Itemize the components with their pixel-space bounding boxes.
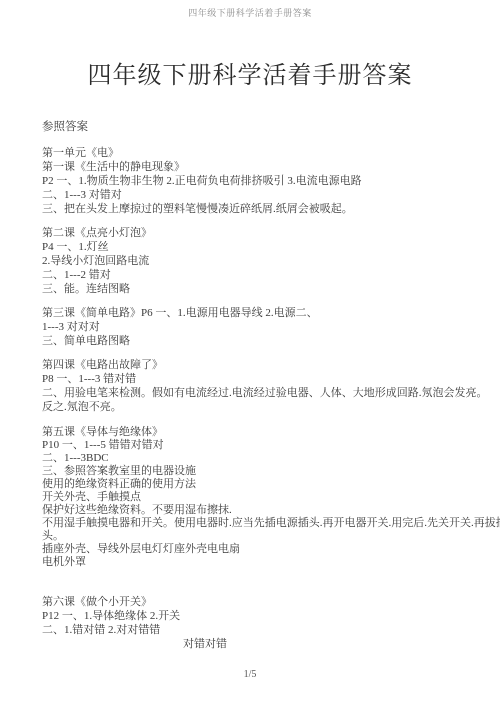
doc-line: 第五课《导体与绝缘体》	[42, 426, 484, 439]
doc-line: 第六课《做个小开关》	[42, 595, 484, 609]
doc-line: P12 一、1.导体绝缘体 2.开关	[42, 609, 484, 623]
doc-line: 电机外罩	[42, 556, 484, 569]
section-lesson5: 第五课《导体与绝缘体》 P10 一、1---5 错错对错对 二、1---3BDC…	[42, 426, 484, 569]
doc-line: 对错对错	[42, 637, 484, 651]
doc-line: P10 一、1---5 错错对错对	[42, 439, 484, 452]
section-lesson6: 第六课《做个小开关》 P12 一、1.导体绝缘体 2.开关 二、1.错对错 2.…	[42, 595, 484, 651]
page-title: 四年级下册科学活着手册答案	[0, 55, 500, 90]
doc-line: 三、参照答案教室里的电器设施	[42, 465, 484, 478]
doc-line: 二、1---3BDC	[42, 452, 484, 465]
document-page: 四年级下册科学活着手册答案 四年级下册科学活着手册答案 参照答案 第一单元《电》…	[0, 0, 500, 708]
doc-line: 反之.氖泡不亮。	[42, 400, 484, 414]
page-number: 1/5	[0, 669, 500, 680]
section-unit1-lesson1: 第一单元《电》 第一课《生活中的静电现象》 P2 一、1.物质生物非生物 2.正…	[42, 146, 484, 216]
section-lesson4: 第四课《电路出故障了》 P8 一、1---3 错对错 二、用验电笔来检测。假如有…	[42, 358, 484, 414]
doc-line: 使用的绝缘资料正确的使用方法	[42, 478, 484, 491]
intro-heading: 参照答案	[42, 120, 484, 134]
running-header: 四年级下册科学活着手册答案	[0, 0, 500, 19]
doc-line: 不用湿手触摸电器和开关。使用电器时.应当先插电源插头.再开电器开关.用完后.先关…	[42, 517, 484, 530]
doc-line: P2 一、1.物质生物非生物 2.正电荷负电荷排挤吸引 3.电流电源电路	[42, 174, 484, 188]
doc-line: 头。	[42, 530, 484, 543]
doc-line: 二、1---3 对错对	[42, 188, 484, 202]
doc-body: 参照答案 第一单元《电》 第一课《生活中的静电现象》 P2 一、1.物质生物非生…	[0, 120, 500, 651]
doc-line: 三、把在头发上摩掠过的塑料笔慢慢凑近碎纸屑.纸屑会被吸起。	[42, 202, 484, 216]
doc-line: 二、1---2 错对	[42, 268, 484, 282]
section-lesson2: 第二课《点亮小灯泡》 P4 一、1.灯丝 2.导线小灯泡回路电流 二、1---2…	[42, 226, 484, 296]
doc-line: 三、简单电路图略	[42, 334, 484, 348]
doc-line: 1---3 对对对	[42, 320, 484, 334]
doc-line: 插座外壳、导线外层电灯灯座外壳电电扇	[42, 543, 484, 556]
doc-line: 第一单元《电》	[42, 146, 484, 160]
doc-line: 第二课《点亮小灯泡》	[42, 226, 484, 240]
doc-line: 第一课《生活中的静电现象》	[42, 160, 484, 174]
doc-line: P8 一、1---3 错对错	[42, 372, 484, 386]
doc-line: 三、能。连结图略	[42, 282, 484, 296]
doc-line: 二、用验电笔来检测。假如有电流经过.电流经过验电器、人体、大地形成回路.氖泡会发…	[42, 386, 484, 400]
doc-line: 第三课《简单电路》P6 一、1.电源用电器导线 2.电源二、	[42, 306, 484, 320]
doc-line: 保护好这些绝缘资料。不要用湿布擦抹.	[42, 504, 484, 517]
doc-line: 2.导线小灯泡回路电流	[42, 254, 484, 268]
doc-line: 第四课《电路出故障了》	[42, 358, 484, 372]
section-lesson3: 第三课《简单电路》P6 一、1.电源用电器导线 2.电源二、 1---3 对对对…	[42, 306, 484, 348]
doc-line: 开关外壳、手触摸点	[42, 491, 484, 504]
doc-line: P4 一、1.灯丝	[42, 240, 484, 254]
doc-line: 二、1.错对错 2.对对错错	[42, 623, 484, 637]
